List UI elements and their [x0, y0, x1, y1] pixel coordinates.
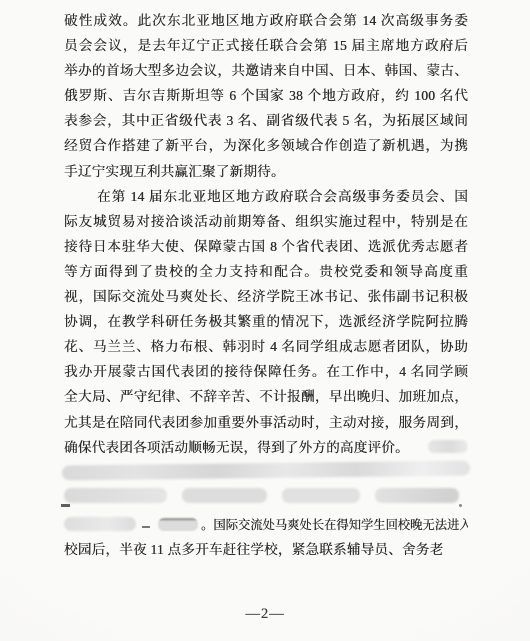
text-line: 际友城贸易对接洽谈活动前期筹备、组织实施过程中，特别是在 — [64, 209, 468, 234]
text-line: 协调，在教学科研任务极其繁重的情况下，选派经济学院阿拉腾 — [64, 309, 468, 334]
text-line: 表参会，其中正省级代表 3 名、副省级代表 5 名，为拓展区域间 — [64, 108, 468, 133]
document-page: 破性成效。此次东北亚地区地方政府联合会第 14 次高级事务委 员会会议，是去年辽… — [0, 0, 530, 641]
redacted-line — [64, 488, 468, 503]
partially-redacted-line: 。国际交流处马爽处长在得知学生回校晚无法进入 — [64, 512, 468, 537]
text-line: 花、马兰兰、格力布根、韩羽时 4 名同学组成志愿者团队，协助 — [64, 334, 468, 359]
redaction-segment — [375, 488, 459, 503]
redaction-segment — [282, 488, 360, 503]
redaction-smudge — [158, 518, 198, 531]
text-line: 举办的首场大型多边会议，共邀请来自中国、日本、韩国、蒙古、 — [64, 58, 468, 83]
text-line: 经贸合作搭建了新平台，为深化多领域合作创造了新机遇，为携 — [64, 133, 468, 158]
redaction-segment — [64, 488, 167, 503]
text-line: 尤其是在陪同代表团参加重要外事活动时，主动对接，服务周到， — [64, 410, 468, 435]
ink-dot — [459, 504, 462, 507]
redaction-smudge — [64, 517, 136, 531]
redaction-smudge — [428, 440, 468, 453]
redaction-segment — [182, 488, 267, 503]
pen-mark — [61, 504, 70, 507]
scanned-document: { "style": { "background": "#f7f6f4", "t… — [0, 0, 530, 641]
text: 。国际交流处马爽处长在得知学生回校晚无法进入 — [201, 515, 468, 533]
text-line: 校园后，半夜 11 点多开车赶往学校，紧急联系辅导员、舍务老 — [64, 537, 468, 562]
redacted-line — [62, 460, 470, 480]
body-text: 破性成效。此次东北亚地区地方政府联合会第 14 次高级事务委 员会会议，是去年辽… — [64, 8, 468, 562]
text-line: 员会会议，是去年辽宁正式接任联合会第 15 届主席地方政府后 — [64, 33, 468, 58]
text-line: 等方面得到了贵校的全力支持和配合。贵校党委和领导高度重 — [64, 259, 468, 284]
text-line: 全大局、严守纪律、不辞辛苦、不计报酬，早出晚归、加班加点， — [64, 384, 468, 409]
text: 确保代表团各项活动顺畅无误，得到了外方的高度评价。 — [64, 440, 409, 455]
paragraph-start-line: 在第 14 届东北亚地区地方政府联合会高级事务委员会、国 — [64, 184, 468, 209]
text-line: 我办开展蒙古国代表团的接待保障任务。在工作中，4 名同学顾 — [64, 359, 468, 384]
paragraph-end-line: 确保代表团各项活动顺畅无误，得到了外方的高度评价。 — [64, 435, 468, 460]
text-line: 视，国际交流处马爽处长、经济学院王冰书记、张伟副书记积极 — [64, 284, 468, 309]
page-number: —2— — [0, 606, 530, 623]
redacted-block — [64, 463, 468, 503]
text-line: 破性成效。此次东北亚地区地方政府联合会第 14 次高级事务委 — [64, 8, 468, 33]
pen-mark — [142, 526, 150, 528]
text-line: 俄罗斯、吉尔吉斯斯坦等 6 个国家 38 个地方政府，约 100 名代 — [64, 83, 468, 108]
text-line: 接待日本驻华大使、保障蒙古国 8 个省代表团、选派优秀志愿者 — [64, 234, 468, 259]
paragraph-end-line: 手辽宁实现互利共赢汇聚了新期待。 — [64, 159, 468, 184]
